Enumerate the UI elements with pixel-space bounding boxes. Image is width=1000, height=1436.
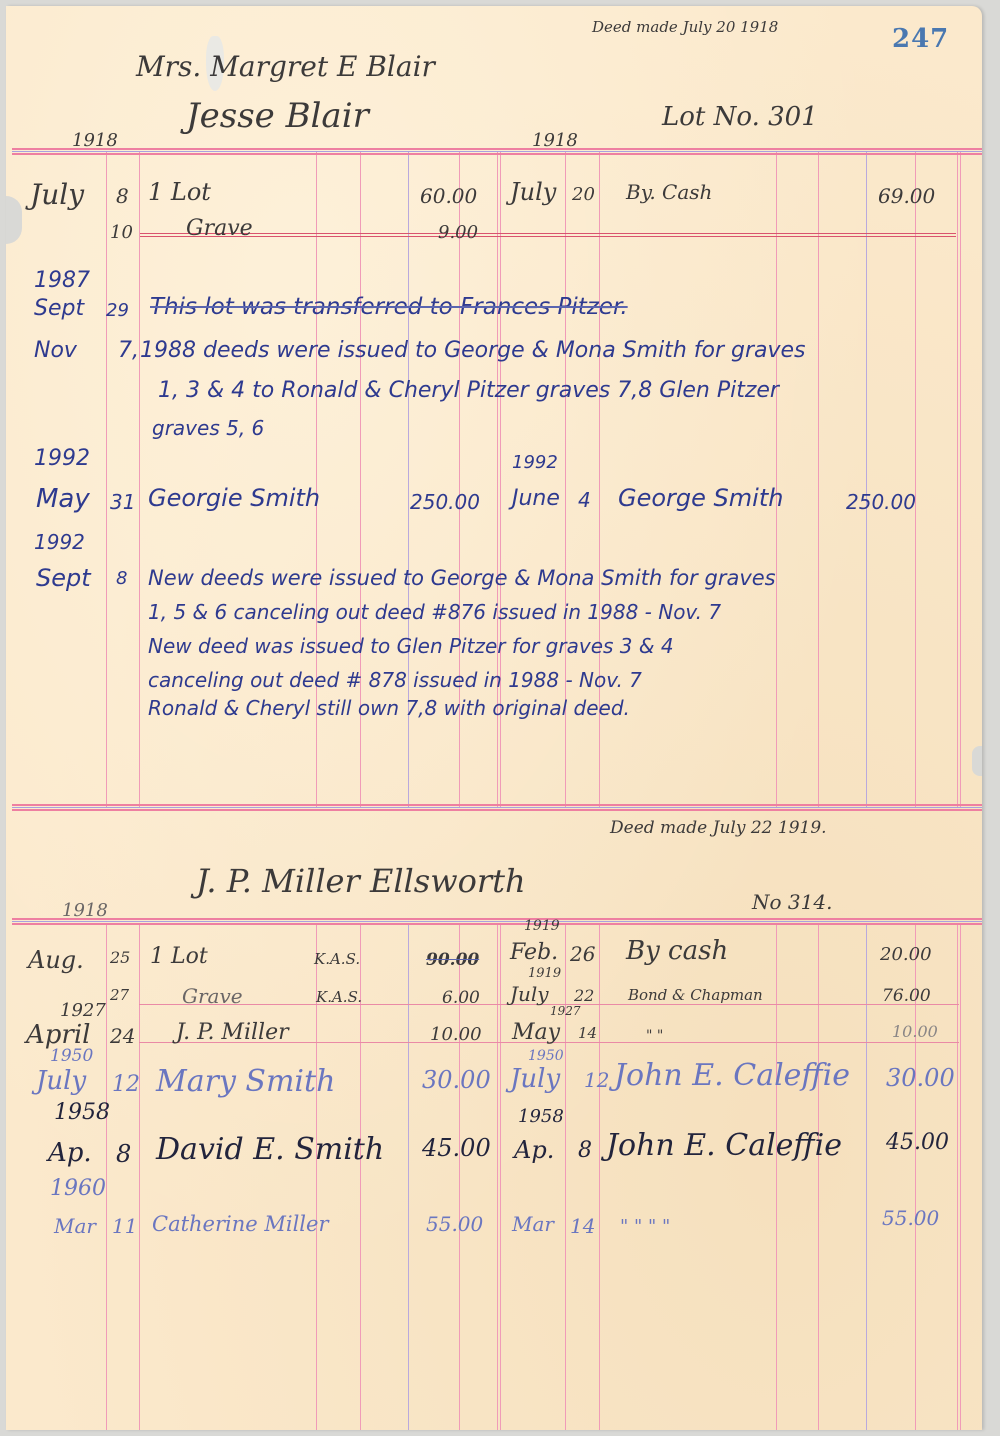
credit-amount: 55.00 bbox=[882, 1206, 939, 1230]
note-line: Ronald & Cheryl still own 7,8 with origi… bbox=[148, 696, 630, 720]
note-day: 8 bbox=[116, 568, 127, 589]
entry-month: Ap. bbox=[48, 1138, 92, 1168]
entry-amount: 30.00 bbox=[422, 1066, 491, 1094]
entry-amount: 250.00 bbox=[410, 490, 480, 514]
credit-year: 1950 bbox=[528, 1048, 564, 1064]
entry-amount: 55.00 bbox=[426, 1212, 483, 1236]
credit-day: 14 bbox=[578, 1024, 597, 1042]
entry-month: Mar bbox=[54, 1214, 96, 1238]
entry-description: Mary Smith bbox=[156, 1064, 335, 1099]
note-month: Sept bbox=[36, 564, 91, 592]
debit-year: 1918 bbox=[72, 130, 118, 151]
entry-amount: 60.00 bbox=[420, 184, 477, 208]
credit-month: Ap. bbox=[514, 1136, 554, 1164]
entry-description: 1 Lot bbox=[148, 178, 211, 206]
entry-day: 31 bbox=[110, 490, 135, 514]
deed-note-top: Deed made July 20 1918 bbox=[592, 18, 778, 36]
deed-note-bottom: Deed made July 22 1919. bbox=[610, 818, 827, 838]
credit-day: 4 bbox=[578, 488, 591, 512]
credit-amount: 69.00 bbox=[878, 184, 935, 208]
credit-description: By cash bbox=[626, 936, 728, 966]
credit-month: May bbox=[512, 1020, 560, 1045]
credit-year: 1927 bbox=[550, 1004, 581, 1018]
entry-day: 8 bbox=[116, 1140, 131, 1168]
header-rule-top bbox=[12, 148, 982, 155]
note-day: 7, bbox=[118, 338, 139, 363]
entry-description: 1 Lot bbox=[150, 944, 208, 969]
page-edge-notch bbox=[6, 196, 22, 244]
credit-month: June bbox=[512, 486, 560, 511]
entry-description: Grave bbox=[186, 216, 253, 241]
ledger-page: 247 Deed made July 20 1918 Mrs. Margret … bbox=[6, 6, 982, 1430]
credit-year: 1992 bbox=[512, 452, 558, 473]
entry-day: 11 bbox=[112, 1214, 137, 1238]
entry-month: Aug. bbox=[28, 946, 84, 974]
credit-amount: 20.00 bbox=[880, 944, 932, 965]
credit-day: 14 bbox=[570, 1214, 595, 1238]
lot-number: No 314. bbox=[752, 890, 832, 914]
credit-year: 1919 bbox=[528, 966, 561, 981]
entry-year: 1927 bbox=[60, 1000, 106, 1021]
entry-day: 8 bbox=[116, 184, 129, 208]
note-line: New deed was issued to Glen Pitzer for g… bbox=[148, 634, 674, 658]
credit-year: 1918 bbox=[532, 130, 578, 151]
note-line: 1988 deeds were issued to George & Mona … bbox=[140, 338, 806, 363]
entry-amount: 90.00 bbox=[426, 950, 479, 970]
entry-day: 25 bbox=[110, 948, 130, 967]
lot-number: Lot No. 301 bbox=[662, 102, 818, 132]
credit-month: July bbox=[510, 178, 556, 206]
entry-day: 12 bbox=[112, 1072, 140, 1097]
entry-description: J. P. Miller bbox=[176, 1020, 289, 1045]
note-year: 1992 bbox=[34, 530, 85, 554]
entry-description: Grave bbox=[182, 984, 243, 1008]
credit-description: John E. Caleffie bbox=[606, 1128, 842, 1163]
credit-description: By. Cash bbox=[626, 180, 712, 204]
credit-month: Mar bbox=[512, 1212, 554, 1236]
credit-amount: 45.00 bbox=[886, 1130, 949, 1155]
owner-name-2: Jesse Blair bbox=[186, 96, 369, 136]
note-line: canceling out deed # 878 issued in 1988 … bbox=[148, 668, 642, 692]
entry-amount: 10.00 bbox=[430, 1024, 482, 1045]
entry-day: 27 bbox=[110, 986, 129, 1004]
credit-description: " " " " bbox=[620, 1216, 670, 1237]
entry-month: May bbox=[36, 484, 90, 514]
note-line: 1, 5 & 6 canceling out deed #876 issued … bbox=[148, 600, 721, 624]
entry-amount: 6.00 bbox=[442, 988, 480, 1008]
entry-description: David E. Smith bbox=[156, 1132, 384, 1167]
entry-description: Georgie Smith bbox=[148, 484, 320, 512]
section-divider-rule bbox=[12, 804, 982, 811]
credit-description: John E. Caleffie bbox=[614, 1058, 850, 1093]
note-month: Sept bbox=[34, 296, 84, 321]
credit-year: 1958 bbox=[518, 1106, 564, 1127]
note-line: graves 5, 6 bbox=[152, 416, 264, 440]
note-month: Nov bbox=[34, 338, 77, 363]
entry-note: K.A.S. bbox=[316, 988, 362, 1006]
page-edge-tear bbox=[972, 746, 982, 776]
credit-description: Bond & Chapman bbox=[628, 986, 763, 1004]
owner-name-1: Mrs. Margret E Blair bbox=[136, 50, 435, 83]
credit-day: 8 bbox=[578, 1138, 592, 1163]
entry-amount: 45.00 bbox=[422, 1134, 491, 1162]
credit-day: 20 bbox=[572, 184, 595, 205]
credit-amount: 250.00 bbox=[846, 490, 916, 514]
credit-month: Feb. bbox=[510, 940, 558, 965]
entry-year: 1960 bbox=[50, 1176, 106, 1201]
total-rule-credit bbox=[486, 233, 956, 237]
note-year: 1987 bbox=[34, 268, 90, 293]
note-line: New deeds were issued to George & Mona S… bbox=[148, 566, 776, 590]
entry-day: 10 bbox=[110, 222, 133, 243]
credit-description: George Smith bbox=[618, 484, 783, 512]
row-rule bbox=[139, 1004, 959, 1005]
credit-amount: 76.00 bbox=[882, 986, 931, 1006]
entry-year: 1992 bbox=[34, 446, 90, 471]
entry-year: 1958 bbox=[54, 1100, 110, 1125]
note-line: 1, 3 & 4 to Ronald & Cheryl Pitzer grave… bbox=[158, 378, 779, 403]
credit-month: July bbox=[510, 1064, 560, 1094]
page-number-stamp: 247 bbox=[892, 24, 949, 54]
credit-year: 1919 bbox=[524, 918, 560, 934]
credit-month: July bbox=[510, 982, 549, 1006]
header-rule-bottom bbox=[12, 918, 982, 925]
entry-month: July bbox=[30, 178, 84, 211]
credit-day: 26 bbox=[570, 942, 595, 966]
note-day: 29 bbox=[106, 300, 129, 321]
entry-description: Catherine Miller bbox=[152, 1212, 328, 1236]
credit-amount: 10.00 bbox=[892, 1022, 938, 1041]
credit-day: 22 bbox=[574, 986, 594, 1005]
entry-note: K.A.S. bbox=[314, 950, 360, 968]
credit-amount: 30.00 bbox=[886, 1064, 955, 1092]
debit-year: 1918 bbox=[62, 900, 108, 921]
entry-amount: 9.00 bbox=[438, 222, 478, 243]
transfer-note: This lot was transferred to Frances Pitz… bbox=[150, 294, 628, 320]
credit-day: 12 bbox=[584, 1068, 609, 1092]
entry-day: 24 bbox=[110, 1024, 135, 1048]
owner-name: J. P. Miller Ellsworth bbox=[196, 862, 526, 900]
entry-month: July bbox=[36, 1066, 86, 1096]
credit-description: " " bbox=[646, 1028, 663, 1044]
entry-year: 1950 bbox=[50, 1046, 93, 1066]
